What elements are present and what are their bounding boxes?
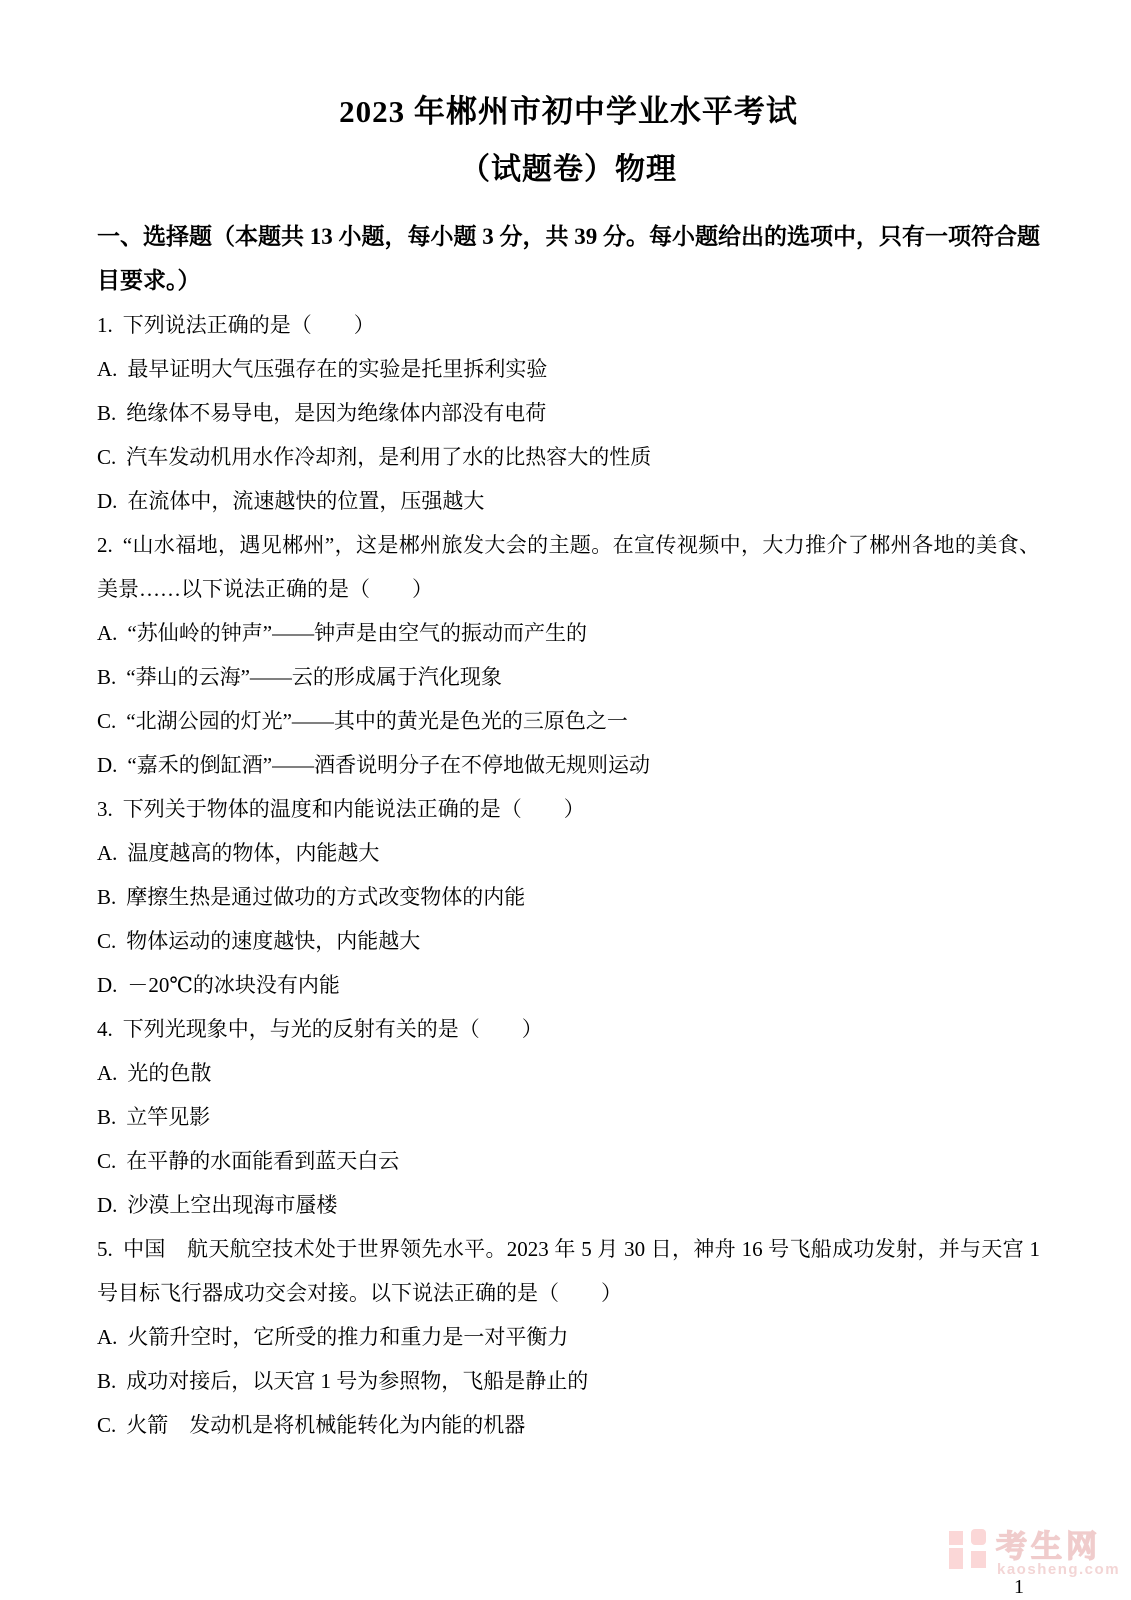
question-number: 1. (97, 313, 113, 337)
question-stem: 3.下列关于物体的温度和内能说法正确的是（ ） (97, 787, 1040, 831)
option-text: 成功对接后，以天宫 1 号为参照物，飞船是静止的 (126, 1369, 588, 1393)
question-stem-text: 下列关于物体的温度和内能说法正确的是（ ） (123, 797, 585, 821)
question-number: 3. (97, 797, 113, 821)
option-label: B. (97, 1105, 116, 1129)
option-text: 绝缘体不易导电，是因为绝缘体内部没有电荷 (126, 401, 546, 425)
question-block: 1.下列说法正确的是（ ） A.最早证明大气压强存在的实验是托里拆利实验 B.绝… (97, 303, 1040, 523)
option-text: 火箭 发动机是将机械能转化为内能的机器 (126, 1413, 525, 1437)
option-line: B.摩擦生热是通过做功的方式改变物体的内能 (97, 875, 1040, 919)
option-line: A.光的色散 (97, 1051, 1040, 1095)
option-label: B. (97, 401, 116, 425)
option-label: D. (97, 973, 117, 997)
page-number: 1 (1014, 1576, 1024, 1598)
question-options: A.火箭升空时，它所受的推力和重力是一对平衡力 B.成功对接后，以天宫 1 号为… (97, 1315, 1040, 1447)
question-options: A.光的色散 B.立竿见影 C.在平静的水面能看到蓝天白云 D.沙漠上空出现海市… (97, 1051, 1040, 1227)
question-options: A.最早证明大气压强存在的实验是托里拆利实验 B.绝缘体不易导电，是因为绝缘体内… (97, 347, 1040, 523)
exam-paper-page: 2023 年郴州市初中学业水平考试 （试题卷）物理 一、选择题（本题共 13 小… (0, 0, 1131, 1600)
question-block: 3.下列关于物体的温度和内能说法正确的是（ ） A.温度越高的物体，内能越大 B… (97, 787, 1040, 1007)
question-number: 2. (97, 533, 113, 557)
page-subtitle: （试题卷）物理 (97, 151, 1040, 189)
option-line: A.火箭升空时，它所受的推力和重力是一对平衡力 (97, 1315, 1040, 1359)
option-label: D. (97, 1193, 117, 1217)
option-line: D.－20℃的冰块没有内能 (97, 963, 1040, 1007)
option-label: D. (97, 753, 117, 777)
option-label: C. (97, 445, 116, 469)
option-text: －20℃的冰块没有内能 (127, 973, 340, 997)
option-text: 汽车发动机用水作冷却剂，是利用了水的比热容大的性质 (126, 445, 651, 469)
questions: 1.下列说法正确的是（ ） A.最早证明大气压强存在的实验是托里拆利实验 B.绝… (97, 303, 1040, 1447)
question-stem-text: 中国 航天航空技术处于世界领先水平。2023 年 5 月 30 日，神舟 16 … (97, 1237, 1040, 1305)
option-line: C.“北湖公园的灯光”——其中的黄光是色光的三原色之一 (97, 699, 1040, 743)
option-label: C. (97, 929, 116, 953)
question-options: A.温度越高的物体，内能越大 B.摩擦生热是通过做功的方式改变物体的内能 C.物… (97, 831, 1040, 1007)
option-line: B.成功对接后，以天宫 1 号为参照物，飞船是静止的 (97, 1359, 1040, 1403)
option-text: “北湖公园的灯光”——其中的黄光是色光的三原色之一 (126, 709, 628, 733)
question-block: 5.中国 航天航空技术处于世界领先水平。2023 年 5 月 30 日，神舟 1… (97, 1227, 1040, 1447)
option-line: D.“嘉禾的倒缸酒”——酒香说明分子在不停地做无规则运动 (97, 743, 1040, 787)
question-number: 5. (97, 1237, 113, 1261)
option-label: A. (97, 1061, 117, 1085)
option-text: 立竿见影 (126, 1105, 210, 1129)
question-stem-text: 下列说法正确的是（ ） (123, 313, 375, 337)
option-label: A. (97, 1325, 117, 1349)
option-line: D.在流体中，流速越快的位置，压强越大 (97, 479, 1040, 523)
question-stem-text: 下列光现象中，与光的反射有关的是（ ） (123, 1017, 543, 1041)
option-line: D.沙漠上空出现海市蜃楼 (97, 1183, 1040, 1227)
option-label: C. (97, 1149, 116, 1173)
option-text: “嘉禾的倒缸酒”——酒香说明分子在不停地做无规则运动 (127, 753, 650, 777)
option-label: C. (97, 709, 116, 733)
option-text: “苏仙岭的钟声”——钟声是由空气的振动而产生的 (127, 621, 587, 645)
question-stem: 2.“山水福地，遇见郴州”，这是郴州旅发大会的主题。在宣传视频中，大力推介了郴州… (97, 523, 1040, 611)
question-number: 4. (97, 1017, 113, 1041)
option-line: C.火箭 发动机是将机械能转化为内能的机器 (97, 1403, 1040, 1447)
section-heading: 一、选择题（本题共 13 小题，每小题 3 分，共 39 分。每小题给出的选项中… (97, 215, 1040, 303)
option-line: C.在平静的水面能看到蓝天白云 (97, 1139, 1040, 1183)
option-label: D. (97, 489, 117, 513)
page-content: 2023 年郴州市初中学业水平考试 （试题卷）物理 一、选择题（本题共 13 小… (97, 0, 1040, 1447)
question-options: A.“苏仙岭的钟声”——钟声是由空气的振动而产生的 B.“莽山的云海”——云的形… (97, 611, 1040, 787)
option-line: C.物体运动的速度越快，内能越大 (97, 919, 1040, 963)
question-block: 2.“山水福地，遇见郴州”，这是郴州旅发大会的主题。在宣传视频中，大力推介了郴州… (97, 523, 1040, 787)
page-title: 2023 年郴州市初中学业水平考试 (97, 93, 1040, 131)
option-text: 温度越高的物体，内能越大 (127, 841, 379, 865)
option-label: A. (97, 621, 117, 645)
question-stem: 5.中国 航天航空技术处于世界领先水平。2023 年 5 月 30 日，神舟 1… (97, 1227, 1040, 1315)
question-stem: 1.下列说法正确的是（ ） (97, 303, 1040, 347)
option-label: B. (97, 885, 116, 909)
logo-block-top-left (949, 1531, 963, 1545)
option-text: 火箭升空时，它所受的推力和重力是一对平衡力 (127, 1325, 568, 1349)
option-text: 最早证明大气压强存在的实验是托里拆利实验 (127, 357, 547, 381)
kaosheng-logo-icon (949, 1529, 987, 1570)
logo-block-bottom-left (949, 1548, 963, 1569)
logo-block-bottom-right (971, 1551, 986, 1568)
option-text: 在流体中，流速越快的位置，压强越大 (127, 489, 484, 513)
option-label: A. (97, 357, 117, 381)
option-label: A. (97, 841, 117, 865)
watermark-brand: 考生网 (996, 1531, 1101, 1563)
question-block: 4.下列光现象中，与光的反射有关的是（ ） A.光的色散 B.立竿见影 C.在平… (97, 1007, 1040, 1227)
option-line: B.“莽山的云海”——云的形成属于汽化现象 (97, 655, 1040, 699)
option-text: 沙漠上空出现海市蜃楼 (127, 1193, 337, 1217)
question-stem-text: “山水福地，遇见郴州”，这是郴州旅发大会的主题。在宣传视频中，大力推介了郴州各地… (97, 533, 1040, 601)
option-label: B. (97, 1369, 116, 1393)
option-text: 摩擦生热是通过做功的方式改变物体的内能 (126, 885, 525, 909)
option-line: A.温度越高的物体，内能越大 (97, 831, 1040, 875)
option-line: A.最早证明大气压强存在的实验是托里拆利实验 (97, 347, 1040, 391)
option-text: 光的色散 (127, 1061, 211, 1085)
option-text: “莽山的云海”——云的形成属于汽化现象 (126, 665, 502, 689)
option-label: C. (97, 1413, 116, 1437)
option-line: B.绝缘体不易导电，是因为绝缘体内部没有电荷 (97, 391, 1040, 435)
logo-block-top-right (971, 1529, 986, 1545)
option-label: B. (97, 665, 116, 689)
option-line: A.“苏仙岭的钟声”——钟声是由空气的振动而产生的 (97, 611, 1040, 655)
option-text: 物体运动的速度越快，内能越大 (126, 929, 420, 953)
option-line: C.汽车发动机用水作冷却剂，是利用了水的比热容大的性质 (97, 435, 1040, 479)
option-text: 在平静的水面能看到蓝天白云 (126, 1149, 399, 1173)
option-line: B.立竿见影 (97, 1095, 1040, 1139)
question-stem: 4.下列光现象中，与光的反射有关的是（ ） (97, 1007, 1040, 1051)
